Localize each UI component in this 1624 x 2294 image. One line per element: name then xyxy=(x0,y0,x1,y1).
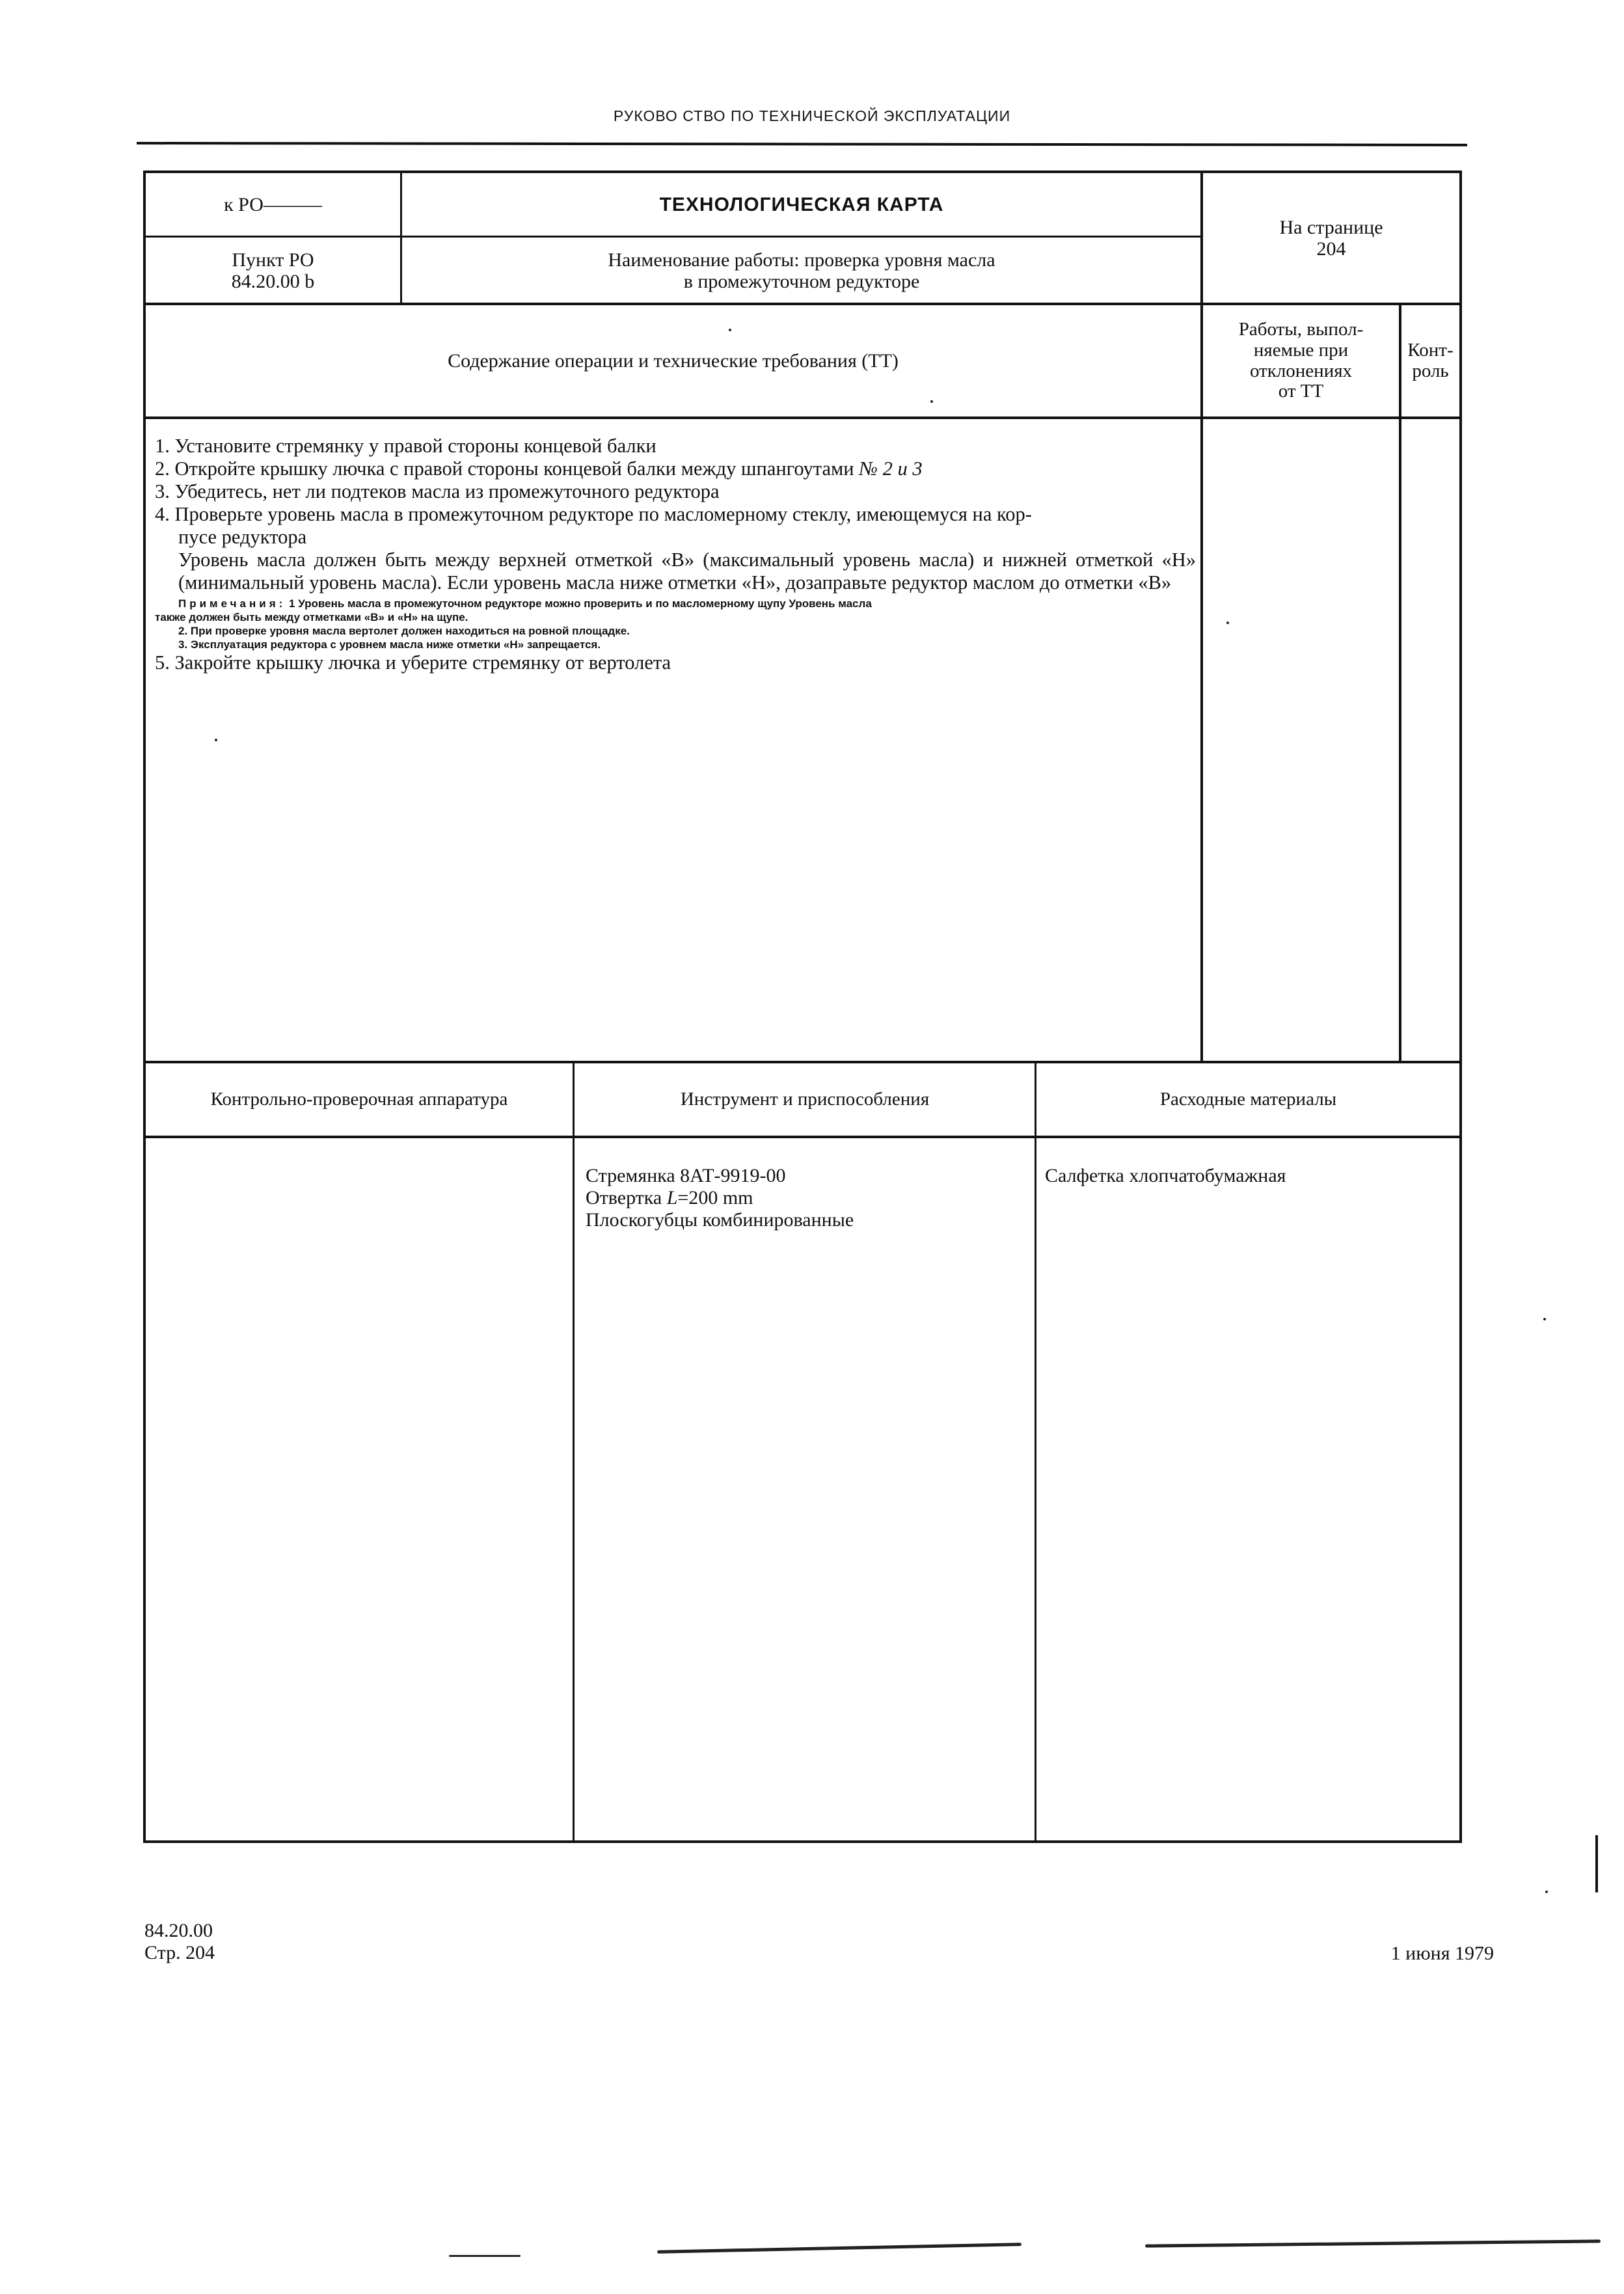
note-1-text: 1 Уровень масла в промежуточном редуктор… xyxy=(289,597,872,610)
table-left-border xyxy=(143,171,146,1843)
footer-page: Стр. 204 xyxy=(144,1942,215,1964)
col-divider xyxy=(1399,303,1401,1062)
step-4-requirement: Уровень масла должен быть между верхней … xyxy=(155,549,1196,594)
deviation-header-line: отклонениях xyxy=(1250,361,1352,382)
deviation-header-line: Работы, выпол- xyxy=(1239,320,1363,340)
scan-edge-mark xyxy=(1595,1835,1598,1892)
deviation-header-line: от ТТ xyxy=(1279,381,1323,402)
ref-label: к РО——— xyxy=(224,194,322,215)
row-divider xyxy=(143,236,1202,238)
running-head: РУКОВО СТВО ПО ТЕХНИЧЕСКОЙ ЭКСПЛУАТАЦИИ xyxy=(0,107,1624,125)
control-header: Конт- роль xyxy=(1401,305,1459,416)
scan-speck xyxy=(729,329,731,331)
work-name-cell: Наименование работы: проверка уровня мас… xyxy=(403,238,1200,303)
notes-label: Примечания: xyxy=(178,597,286,610)
deviation-header-line: няемые при xyxy=(1254,340,1348,361)
equipment-header: Контрольно-проверочная аппаратура xyxy=(146,1063,573,1136)
scan-speck xyxy=(215,739,217,741)
tools-header: Инструмент и приспособления xyxy=(575,1063,1035,1136)
step-5: 5. Закройте крышку лючка и уберите стрем… xyxy=(155,651,1196,674)
step-number: 3. xyxy=(155,480,170,502)
tool-item: Стремянка 8АТ-9919-00 xyxy=(586,1165,1028,1187)
row-divider xyxy=(143,1136,1462,1138)
materials-header: Расходные материалы xyxy=(1037,1063,1459,1136)
page-cell: На странице 204 xyxy=(1203,173,1459,303)
scan-smudge xyxy=(1145,2239,1601,2247)
step-2: 2. Откройте крышку лючка с правой сторон… xyxy=(155,457,1196,480)
content-header: Содержание операции и технические требов… xyxy=(146,305,1200,416)
item-number: 84.20.00 b xyxy=(232,271,315,292)
deviation-header: Работы, выпол- няемые при отклонениях от… xyxy=(1203,305,1399,416)
ref-cell: к РО——— xyxy=(146,173,400,236)
row-divider xyxy=(143,416,1462,419)
step-number: 2. xyxy=(155,457,170,480)
content-header-label: Содержание операции и технические требов… xyxy=(448,350,899,372)
col-divider xyxy=(1200,171,1203,1062)
note-3: 3. Эксплуатация редуктора с уровнем масл… xyxy=(155,638,1196,651)
col-divider xyxy=(573,1061,575,1842)
scan-smudge xyxy=(449,2255,521,2257)
tool-item: Отвертка L=200 mm xyxy=(586,1187,1028,1209)
control-header-line: Конт- xyxy=(1407,340,1453,361)
card-title: ТЕХНОЛОГИЧЕСКАЯ КАРТА xyxy=(660,194,944,215)
scan-speck xyxy=(1545,1891,1548,1893)
step-frame-numbers: № 2 и 3 xyxy=(859,457,922,480)
step-text: Проверьте уровень масла в промежуточном … xyxy=(175,503,1032,525)
work-name-line1: Наименование работы: проверка уровня мас… xyxy=(608,249,995,271)
step-text: Откройте крышку лючка с правой стороны к… xyxy=(175,457,854,480)
scan-speck xyxy=(930,400,933,403)
step-text: Закройте крышку лючка и уберите стремянк… xyxy=(175,651,671,674)
note-1-continuation: также должен быть между отметками «В» и … xyxy=(155,610,1196,624)
page-number: 204 xyxy=(1317,238,1346,260)
card-title-cell: ТЕХНОЛОГИЧЕСКАЯ КАРТА xyxy=(403,173,1200,236)
table-bottom-border xyxy=(143,1840,1462,1843)
tool-item: Плоскогубцы комбинированные xyxy=(586,1209,1028,1231)
material-item: Салфетка хлопчатобумажная xyxy=(1045,1165,1448,1187)
page-label: На странице xyxy=(1279,217,1383,238)
col-divider xyxy=(400,171,402,304)
scan-smudge xyxy=(657,2243,1022,2254)
scan-speck xyxy=(1226,621,1229,624)
tools-list: Стремянка 8АТ-9919-00 Отвертка L=200 mm … xyxy=(586,1165,1028,1231)
note-2: 2. При проверке уровня масла вертолет до… xyxy=(155,624,1196,638)
item-cell: Пункт РО 84.20.00 b xyxy=(146,238,400,303)
scan-speck xyxy=(1543,1318,1546,1320)
work-name-line2: в промежуточном редукторе xyxy=(684,271,920,292)
table-right-border xyxy=(1459,171,1462,1843)
footer-date: 1 июня 1979 xyxy=(1391,1943,1494,1965)
tools-header-label: Инструмент и приспособления xyxy=(681,1089,929,1110)
step-3: 3. Убедитесь, нет ли подтеков масла из п… xyxy=(155,480,1196,503)
note-1: Примечания: 1 Уровень масла в промежуточ… xyxy=(155,597,1196,610)
step-number: 5. xyxy=(155,651,170,674)
step-text: Убедитесь, нет ли подтеков масла из пром… xyxy=(175,480,720,502)
operation-content: 1. Установите стремянку у правой стороны… xyxy=(155,435,1196,674)
materials-list: Салфетка хлопчатобумажная xyxy=(1045,1165,1448,1187)
step-1: 1. Установите стремянку у правой стороны… xyxy=(155,435,1196,457)
footer-left: 84.20.00 Стр. 204 xyxy=(144,1920,215,1964)
step-text: Установите стремянку у правой стороны ко… xyxy=(175,435,656,457)
control-header-line: роль xyxy=(1412,361,1448,382)
step-number: 1. xyxy=(155,435,170,457)
item-label: Пункт РО xyxy=(232,249,314,271)
step-4: 4. Проверьте уровень масла в промежуточн… xyxy=(155,503,1196,526)
notes: Примечания: 1 Уровень масла в промежуточ… xyxy=(155,597,1196,651)
step-number: 4. xyxy=(155,503,170,525)
col-divider xyxy=(1035,1061,1036,1842)
step-4-continuation: пусе редуктора xyxy=(155,526,1196,549)
header-rule xyxy=(137,142,1467,146)
materials-header-label: Расходные материалы xyxy=(1160,1089,1336,1110)
equipment-header-label: Контрольно-проверочная аппаратура xyxy=(211,1089,508,1110)
footer-doc-code: 84.20.00 xyxy=(144,1920,215,1942)
